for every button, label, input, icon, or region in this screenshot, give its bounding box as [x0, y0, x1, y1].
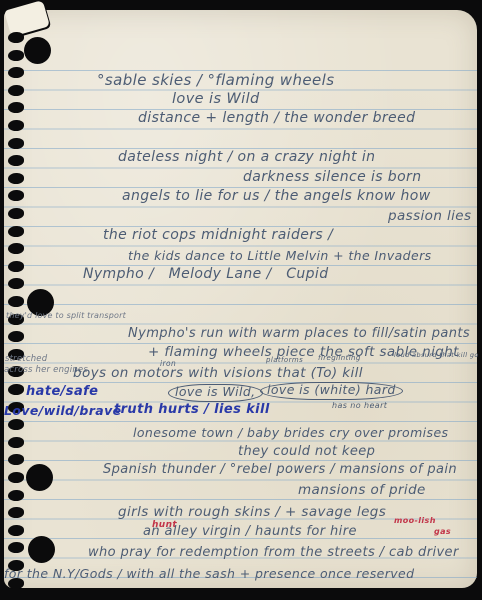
lyric-line: angels to lie for us / the angels know h…	[122, 189, 431, 204]
lyric-line: platforms	[266, 357, 303, 365]
lyric-line: has no heart	[332, 402, 387, 411]
notebook-page: °sable skies / °flaming wheelslove is Wi…	[4, 10, 477, 588]
lyric-line: the riot cops midnight raiders /	[103, 228, 333, 243]
lyric-line: darkness silence is born	[243, 170, 422, 185]
lyric-line: who pray for redemption from the streets…	[88, 546, 459, 560]
lyric-line: moo-lish	[394, 517, 436, 526]
lyric-line: Love/wild/brave	[4, 404, 122, 418]
lyric-line: love is Wild	[172, 92, 260, 108]
lyric-line: boys on motors with visions that (To) ki…	[73, 366, 363, 381]
lyric-line: fireglinting	[318, 355, 361, 363]
lyric-line: Spanish thunder / °rebel powers / mansio…	[103, 463, 457, 477]
handwriting-layer: °sable skies / °flaming wheelslove is Wi…	[4, 10, 477, 588]
lyric-line: hate/safe	[26, 385, 98, 399]
lyric-line: Nympho's run with warm places to fill/sa…	[128, 327, 470, 341]
lyric-line: Nympho / Melody Lane / Cupid	[83, 267, 329, 282]
lyric-line: they could not keep	[238, 445, 375, 459]
lyric-line: loud absurd that kill go	[394, 352, 479, 359]
lyric-line: an alley virgin / haunts for hire	[143, 525, 357, 539]
lyric-line: passion lies	[388, 209, 471, 224]
lyric-line: they'd love to split transport	[6, 312, 126, 321]
lyric-line: love is Wild,	[168, 384, 263, 402]
photo-backdrop: °sable skies / °flaming wheelslove is Wi…	[0, 0, 482, 600]
lyric-line: girls with rough skins / + savage legs	[118, 505, 386, 520]
lyric-line: stretched	[5, 355, 47, 364]
lyric-line: love is (white) hard	[260, 382, 403, 400]
lyric-line: the kids dance to Little Melvin + the In…	[128, 249, 432, 263]
lyric-line: distance + length / the wonder breed	[138, 111, 415, 126]
lyric-line: for the N.Y/Gods / with all the sash + p…	[4, 567, 414, 581]
lyric-line: °sable skies / °flaming wheels	[97, 72, 334, 89]
lyric-line: truth hurts / lies kill	[114, 403, 270, 417]
lyric-line: gas	[434, 528, 451, 537]
lyric-line: mansions of pride	[298, 483, 426, 498]
lyric-line: lonesome town / baby brides cry over pro…	[133, 426, 448, 440]
lyric-line: dateless night / on a crazy night in	[118, 150, 375, 165]
